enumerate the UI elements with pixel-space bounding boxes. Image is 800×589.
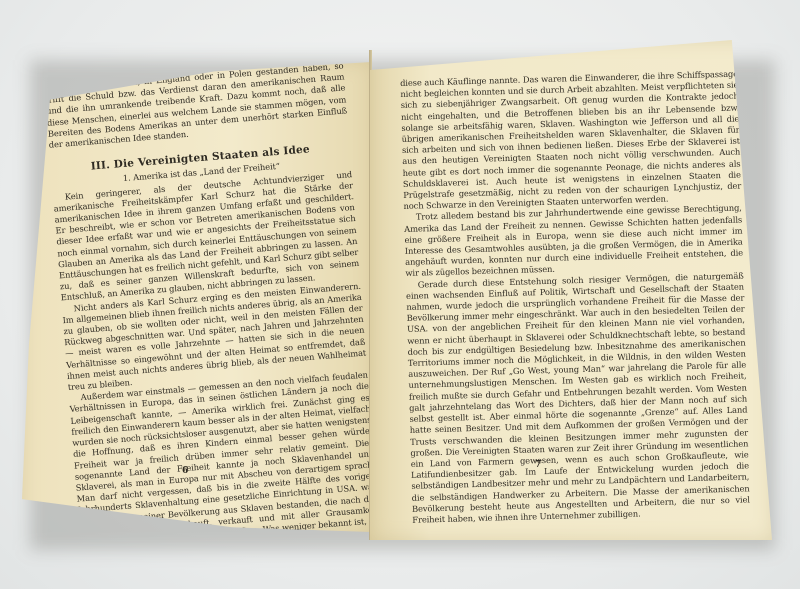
- paragraph: Gerade durch diese Entstehung solch ries…: [406, 270, 751, 526]
- right-page-text: diese auch Käuflinge nannte. Das waren d…: [400, 69, 750, 526]
- right-page: diese auch Käuflinge nannte. Das waren d…: [370, 40, 772, 540]
- paragraph: diese auch Käuflinge nannte. Das waren d…: [400, 69, 742, 213]
- left-page-text: Eltern in Deutschland, in England oder i…: [44, 60, 381, 560]
- page-number-left: 6: [182, 466, 188, 476]
- paragraph: Trotz alledem bestand bis zur Jahrhunder…: [404, 203, 744, 280]
- left-page: Eltern in Deutschland, in England oder i…: [22, 62, 372, 532]
- page-number-right: 7: [535, 460, 541, 470]
